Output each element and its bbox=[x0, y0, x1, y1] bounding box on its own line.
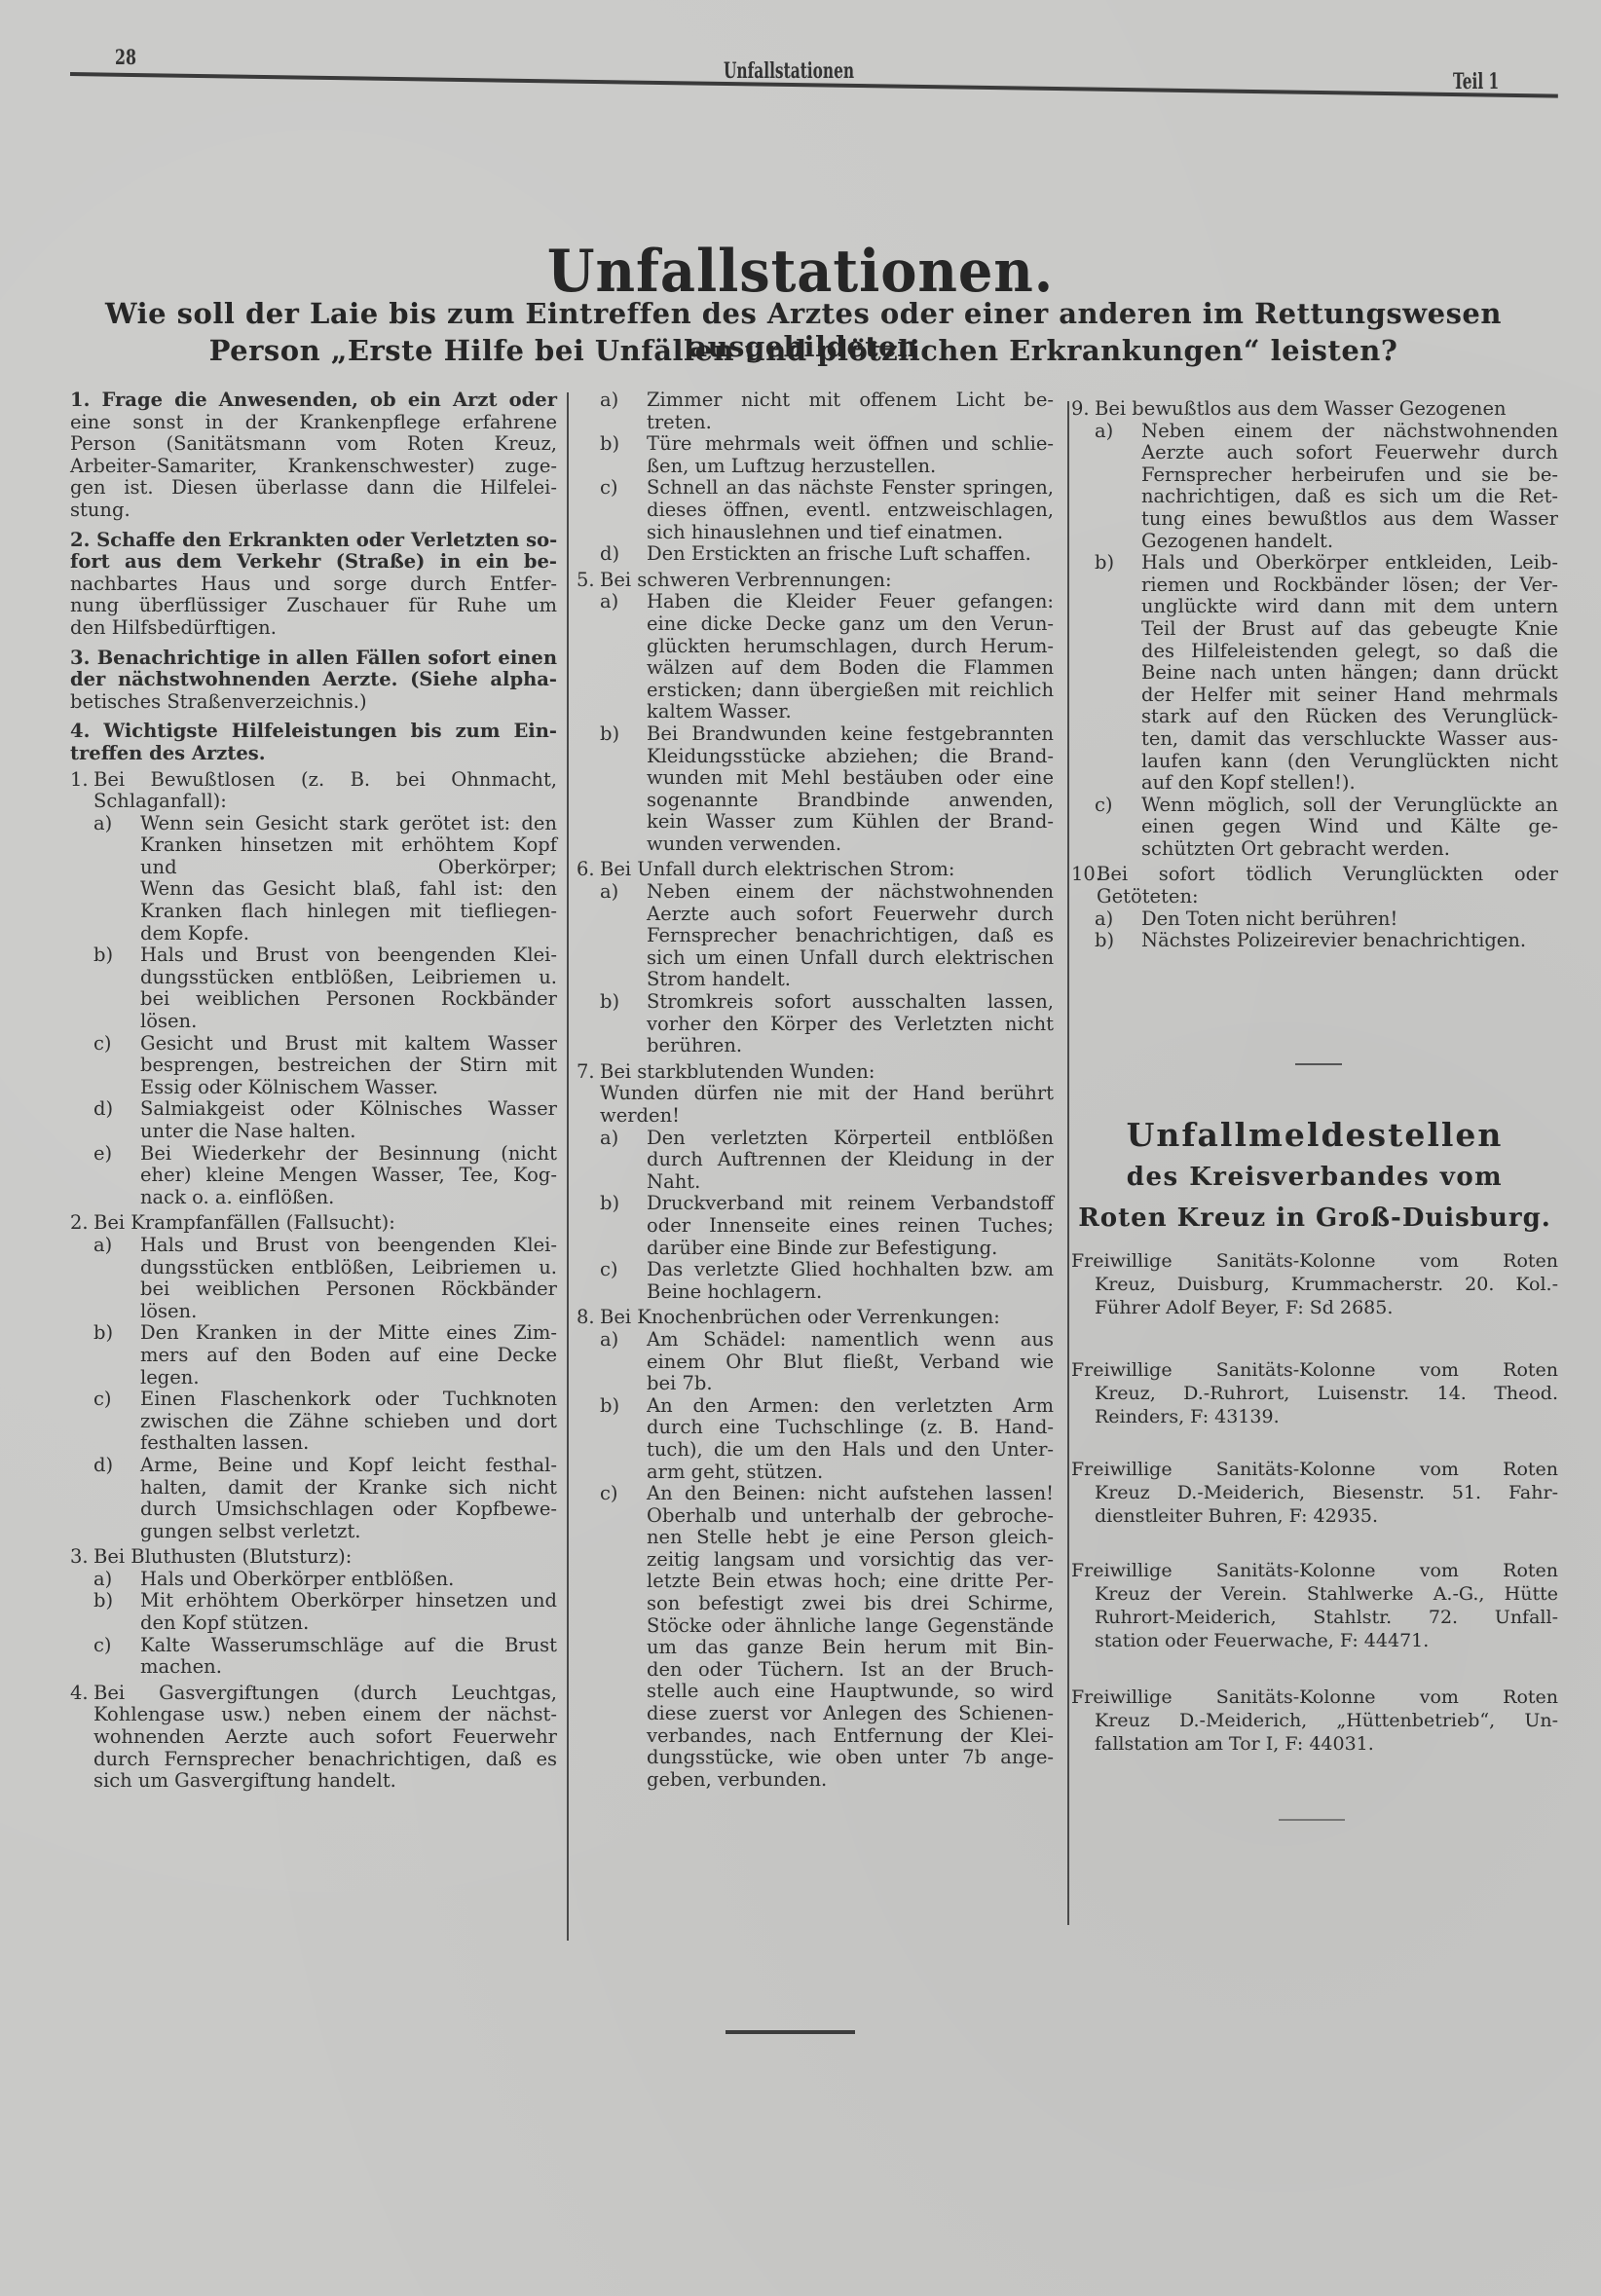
text-line: Aerzte auch sofort Feuerwehr durch bbox=[647, 904, 1054, 926]
text-line: unglückte wird dann mit dem untern bbox=[1141, 596, 1558, 618]
text-line: treten. bbox=[647, 412, 1054, 434]
sub-item: c)Wenn möglich, soll der Verunglückte an… bbox=[1071, 795, 1558, 861]
text-line: besprengen, bestreichen der Stirn mit bbox=[140, 1055, 557, 1077]
text-line: Freiwillige Sanitäts-Kolonne vom Roten bbox=[1071, 1249, 1558, 1273]
list-marker: a) bbox=[93, 1235, 112, 1257]
text-line: treffen des Arztes. bbox=[70, 743, 557, 765]
list-marker: b) bbox=[93, 944, 113, 967]
text-line: 1. Frage die Anwesenden, ob ein Arzt ode… bbox=[70, 389, 557, 412]
list-marker: d) bbox=[93, 1098, 113, 1121]
text-line: Fernsprecher herbeirufen und sie be- bbox=[1141, 464, 1558, 487]
text-line: Haben die Kleider Feuer gefangen: bbox=[647, 591, 1054, 613]
text-line: den oder Tüchern. Ist an der Bruch- bbox=[647, 1659, 1054, 1682]
section-divider bbox=[1295, 1063, 1342, 1065]
reporting-station-entry: Freiwillige Sanitäts-Kolonne vom RotenKr… bbox=[1071, 1559, 1558, 1652]
text-line: sich um Gasvergiftung handelt. bbox=[93, 1770, 557, 1793]
text-line: Hals und Brust von beengenden Klei- bbox=[140, 944, 557, 967]
list-marker: 7. bbox=[577, 1061, 595, 1084]
column-divider-1 bbox=[567, 392, 569, 1941]
text-line: son befestigt zwei bis drei Schirme, bbox=[647, 1593, 1054, 1615]
list-marker: a) bbox=[93, 1569, 112, 1591]
text-line: zeitig langsam und vorsichtig das ver- bbox=[647, 1549, 1054, 1572]
list-marker: d) bbox=[93, 1455, 113, 1477]
text-line: Kreuz D.-Meiderich, „Hüttenbetrieb“, Un- bbox=[1071, 1709, 1558, 1732]
list-marker: a) bbox=[93, 813, 112, 835]
text-line: Den Erstickten an frische Luft schaffen. bbox=[647, 543, 1054, 566]
sub-item: b)Hals und Brust von beengenden Klei-dun… bbox=[70, 944, 557, 1032]
list-marker: 5. bbox=[577, 570, 595, 592]
text-line: Ruhrort-Meiderich, Stahlstr. 72. Unfall- bbox=[1071, 1606, 1558, 1629]
text-line: legen. bbox=[140, 1367, 557, 1389]
text-line: Kreuz, Duisburg, Krummacherstr. 20. Kol.… bbox=[1071, 1273, 1558, 1296]
end-divider-bottom bbox=[726, 2030, 855, 2034]
text-line: nachbartes Haus und sorge durch Entfer- bbox=[70, 574, 557, 596]
sub-item: c)Schnell an das nächste Fenster springe… bbox=[577, 477, 1054, 543]
numbered-item: 4.Bei Gasvergiftungen (durch Leuchtgas,K… bbox=[70, 1683, 557, 1793]
text-line: sich hinauslehnen und tief einatmen. bbox=[647, 522, 1054, 544]
list-marker: 9. bbox=[1071, 398, 1090, 421]
text-line: Wunden dürfen nie mit der Hand berührt bbox=[600, 1083, 1054, 1105]
text-line: stelle auch eine Hauptwunde, so wird bbox=[647, 1681, 1054, 1703]
sub-item: a)Zimmer nicht mit offenem Licht be-tret… bbox=[577, 389, 1054, 433]
text-line: nung überflüssiger Zuschauer für Ruhe um bbox=[70, 595, 557, 617]
text-line: Hals und Oberkörper entkleiden, Leib- bbox=[1141, 552, 1558, 574]
sub-item: b)Hals und Oberkörper entkleiden, Leib-r… bbox=[1071, 552, 1558, 795]
text-line: Kreuz, D.-Ruhrort, Luisenstr. 14. Theod. bbox=[1071, 1382, 1558, 1405]
text-line: 3. Benachrichtige in allen Fällen sofort… bbox=[70, 648, 557, 670]
list-marker: a) bbox=[600, 1329, 618, 1352]
text-line: Wenn möglich, soll der Verunglückte an bbox=[1141, 795, 1558, 817]
list-marker: b) bbox=[93, 1590, 113, 1612]
text-line: oder Innenseite eines reinen Tuches; bbox=[647, 1215, 1054, 1238]
text-line: Kranken flach hinlegen mit tiefliegen- bbox=[140, 901, 557, 923]
reporting-station-entry: Freiwillige Sanitäts-Kolonne vom RotenKr… bbox=[1071, 1358, 1558, 1428]
text-line: Stromkreis sofort ausschalten lassen, bbox=[647, 991, 1054, 1014]
text-line: betisches Straßenverzeichnis.) bbox=[70, 691, 557, 714]
column-divider-2 bbox=[1067, 401, 1069, 1925]
text-line: Führer Adolf Beyer, F: Sd 2685. bbox=[1071, 1296, 1558, 1319]
sub-item: c)An den Beinen: nicht aufstehen lassen!… bbox=[577, 1483, 1054, 1791]
text-line: Am Schädel: namentlich wenn aus bbox=[647, 1329, 1054, 1352]
text-line: Person (Sanitätsmann vom Roten Kreuz, bbox=[70, 433, 557, 456]
text-line: durch Fernsprecher benachrichtigen, daß … bbox=[93, 1749, 557, 1771]
text-line: bei 7b. bbox=[647, 1373, 1054, 1395]
text-line: laufen kann (den Verunglückten nicht bbox=[1141, 751, 1558, 773]
list-marker: b) bbox=[600, 723, 619, 746]
text-line: Essig oder Kölnischem Wasser. bbox=[140, 1077, 557, 1099]
text-line: halten, damit der Kranke sich nicht bbox=[140, 1477, 557, 1500]
text-line: Bei Brandwunden keine festgebrannten bbox=[647, 723, 1054, 746]
text-line: Bei Knochenbrüchen oder Verrenkungen: bbox=[600, 1307, 1054, 1329]
text-line: mers auf den Boden auf eine Decke bbox=[140, 1345, 557, 1367]
numbered-item: 7.Bei starkblutenden Wunden: bbox=[577, 1061, 1054, 1084]
text-line: kaltem Wasser. bbox=[647, 701, 1054, 723]
text-line: Schlaganfall): bbox=[93, 791, 557, 813]
text-line: tung eines bewußtlos aus dem Wasser bbox=[1141, 508, 1558, 531]
list-marker: 3. bbox=[70, 1546, 89, 1569]
list-marker: 2. bbox=[70, 1212, 89, 1235]
text-line: Das verletzte Glied hochhalten bzw. am bbox=[647, 1259, 1054, 1281]
reporting-station-entry: Freiwillige Sanitäts-Kolonne vom RotenKr… bbox=[1071, 1685, 1558, 1756]
text-line: berühren. bbox=[647, 1035, 1054, 1057]
text-line: wunden mit Mehl bestäuben oder eine bbox=[647, 767, 1054, 790]
text-line: Den Toten nicht berühren! bbox=[1141, 908, 1558, 931]
list-marker: 10. bbox=[1071, 864, 1101, 886]
text-line: Den Kranken in der Mitte eines Zim- bbox=[140, 1322, 557, 1345]
text-line: Beine hochlagern. bbox=[647, 1281, 1054, 1304]
list-marker: c) bbox=[93, 1033, 112, 1055]
text-line: lösen. bbox=[140, 1301, 557, 1323]
text-line: nachrichtigen, daß es sich um die Ret- bbox=[1141, 486, 1558, 508]
text-line: bei weiblichen Personen Röckbänder bbox=[140, 1278, 557, 1301]
numbered-item: 5.Bei schweren Verbrennungen: bbox=[577, 570, 1054, 592]
numbered-item: 9.Bei bewußtlos aus dem Wasser Gezogenen bbox=[1071, 398, 1558, 421]
text-line: Stöcke oder ähnliche lange Gegenstände bbox=[647, 1615, 1054, 1638]
text-line: Freiwillige Sanitäts-Kolonne vom Roten bbox=[1071, 1559, 1558, 1582]
text-line: bei weiblichen Personen Rockbänder bbox=[140, 988, 557, 1011]
text-line: wälzen auf dem Boden die Flammen bbox=[647, 657, 1054, 680]
text-line: letzte Bein etwas hoch; eine dritte Per- bbox=[647, 1571, 1054, 1593]
reporting-stations-subtitle-1: des Kreisverbandes vom bbox=[1071, 1163, 1558, 1192]
text-line: Naht. bbox=[647, 1171, 1054, 1194]
text-line: ßen, um Luftzug herzustellen. bbox=[647, 456, 1054, 478]
text-line: vorher den Körper des Verletzten nicht bbox=[647, 1014, 1054, 1036]
part-label: Teil 1 bbox=[1453, 69, 1499, 94]
text-line: Nächstes Polizeirevier benachrichtigen. bbox=[1141, 930, 1558, 952]
text-line: Bei sofort tödlich Verunglückten oder bbox=[1097, 864, 1558, 886]
text-line: sich um einen Unfall durch elektrischen bbox=[647, 947, 1054, 970]
text-line: Hals und Brust von beengenden Klei- bbox=[140, 1235, 557, 1257]
text-line: festhalten lassen. bbox=[140, 1432, 557, 1455]
text-line: durch eine Tuchschlinge (z. B. Hand- bbox=[647, 1417, 1054, 1439]
left-column: 1. Frage die Anwesenden, ob ein Arzt ode… bbox=[70, 389, 557, 1793]
text-line: Oberhalb und unterhalb der gebroche- bbox=[647, 1505, 1054, 1528]
text-line: Bei Gasvergiftungen (durch Leuchtgas, bbox=[93, 1683, 557, 1705]
list-marker: c) bbox=[600, 1483, 618, 1505]
sub-item: b)Stromkreis sofort ausschalten lassen,v… bbox=[577, 991, 1054, 1057]
text-line: Kreuz der Verein. Stahlwerke A.-G., Hütt… bbox=[1071, 1582, 1558, 1606]
text-line: Wenn das Gesicht blaß, fahl ist: den bbox=[140, 878, 557, 901]
text-line: und Oberkörper; bbox=[140, 857, 557, 879]
list-marker: a) bbox=[1095, 908, 1113, 931]
list-marker: d) bbox=[600, 543, 619, 566]
reporting-stations-title: Unfallmeldestellen bbox=[1071, 1116, 1558, 1154]
list-marker: 1. bbox=[70, 769, 89, 792]
numbered-item: 3.Bei Bluthusten (Blutsturz): bbox=[70, 1546, 557, 1569]
text-line: Bei starkblutenden Wunden: bbox=[600, 1061, 1054, 1084]
text-line: Kranken hinsetzen mit erhöhtem Kopf bbox=[140, 834, 557, 857]
text-line: dungsstücken entblößen, Leibriemen u. bbox=[140, 967, 557, 989]
text-line: 2. Schaffe den Erkrankten oder Verletzte… bbox=[70, 530, 557, 552]
text-line: Fernsprecher benachrichtigen, daß es bbox=[647, 925, 1054, 947]
text-line: stark auf den Rücken des Verunglück- bbox=[1141, 706, 1558, 728]
text-line: stung. bbox=[70, 500, 557, 522]
text-line: durch Umsichschlagen oder Kopfbewe- bbox=[140, 1499, 557, 1521]
text-line: geben, verbunden. bbox=[647, 1769, 1054, 1792]
text-line: gen ist. Diesen überlasse dann die Hilfe… bbox=[70, 477, 557, 500]
list-marker: 8. bbox=[577, 1307, 595, 1329]
text-line: station oder Feuerwache, F: 44471. bbox=[1071, 1629, 1558, 1652]
text-line: nack o. a. einflößen. bbox=[140, 1187, 557, 1209]
list-marker: c) bbox=[93, 1635, 112, 1657]
text-line: einen gegen Wind und Kälte ge- bbox=[1141, 816, 1558, 838]
sub-item: b)Druckverband mit reinem Verbandstoffod… bbox=[577, 1193, 1054, 1259]
text-line: Bei Bluthusten (Blutsturz): bbox=[93, 1546, 557, 1569]
text-line: Einen Flaschenkork oder Tuchknoten bbox=[140, 1389, 557, 1411]
text-line: Beine nach unten hängen; dann drückt bbox=[1141, 662, 1558, 685]
text-line: einem Ohr Blut fließt, Verband wie bbox=[647, 1352, 1054, 1374]
numbered-item: 10.Bei sofort tödlich Verunglückten oder… bbox=[1071, 864, 1558, 907]
text-line: Bei Krampfanfällen (Fallsucht): bbox=[93, 1212, 557, 1235]
text-line: riemen und Rockbänder lösen; der Ver- bbox=[1141, 574, 1558, 597]
text-line: Arme, Beine und Kopf leicht festhal- bbox=[140, 1455, 557, 1477]
list-marker: a) bbox=[600, 591, 618, 613]
text-line: dungsstücke, wie oben unter 7b ange- bbox=[647, 1747, 1054, 1769]
text-line: den Hilfsbedürftigen. bbox=[70, 617, 557, 640]
sub-item: d)Salmiakgeist oder Kölnisches Wasserunt… bbox=[70, 1098, 557, 1142]
right-column: 9.Bei bewußtlos aus dem Wasser Gezogenen… bbox=[1071, 394, 1558, 952]
text-line: eine sonst in der Krankenpflege erfahren… bbox=[70, 412, 557, 434]
text-line: der nächstwohnenden Aerzte. (Siehe alpha… bbox=[70, 669, 557, 691]
text-line: An den Armen: den verletzten Arm bbox=[647, 1395, 1054, 1418]
list-marker: a) bbox=[600, 389, 618, 412]
text-line: Freiwillige Sanitäts-Kolonne vom Roten bbox=[1071, 1685, 1558, 1709]
list-marker: b) bbox=[1095, 930, 1114, 952]
list-marker: a) bbox=[600, 1128, 618, 1150]
sub-item: b)Türe mehrmals weit öffnen und schlie-ß… bbox=[577, 433, 1054, 477]
text-line: arm geht, stützen. bbox=[647, 1462, 1054, 1484]
text-line: Wenn sein Gesicht stark gerötet ist: den bbox=[140, 813, 557, 835]
text-line: Getöteten: bbox=[1097, 886, 1558, 908]
text-line: nen Stelle hebt je eine Person gleich- bbox=[647, 1527, 1054, 1549]
text-line: kein Wasser zum Kühlen der Brand- bbox=[647, 811, 1054, 833]
text-line: Bei Bewußtlosen (z. B. bei Ohnmacht, bbox=[93, 769, 557, 792]
list-marker: b) bbox=[1095, 552, 1114, 574]
list-marker: c) bbox=[93, 1389, 112, 1411]
sub-item: a)Neben einem der nächstwohnendenAerzte … bbox=[577, 881, 1054, 991]
text-line: machen. bbox=[140, 1656, 557, 1679]
text-line: werden! bbox=[600, 1105, 1054, 1128]
page-title: Unfallstationen. bbox=[56, 238, 1545, 306]
list-marker: c) bbox=[600, 477, 618, 500]
reporting-stations-subtitle-2: Roten Kreuz in Groß-Duisburg. bbox=[1071, 1204, 1558, 1233]
text-line: Türe mehrmals weit öffnen und schlie- bbox=[647, 433, 1054, 456]
text-line: gungen selbst verletzt. bbox=[140, 1521, 557, 1543]
text-line: glückten herumschlagen, durch Herum- bbox=[647, 636, 1054, 658]
text-line: Reinders, F: 43139. bbox=[1071, 1405, 1558, 1428]
sub-item: a)Am Schädel: namentlich wenn auseinem O… bbox=[577, 1329, 1054, 1395]
sub-item: b)Mit erhöhtem Oberkörper hinsetzen undd… bbox=[70, 1590, 557, 1634]
text-line: um das ganze Bein herum mit Bin- bbox=[647, 1637, 1054, 1659]
list-marker: b) bbox=[600, 1395, 619, 1418]
intro-paragraph: 3. Benachrichtige in allen Fällen sofort… bbox=[70, 648, 557, 714]
text-line: zwischen die Zähne schieben und dort bbox=[140, 1411, 557, 1433]
list-marker: a) bbox=[600, 881, 618, 904]
text-line: Mit erhöhtem Oberkörper hinsetzen und bbox=[140, 1590, 557, 1612]
sub-item: d)Den Erstickten an frische Luft schaffe… bbox=[577, 543, 1054, 566]
middle-column: a)Zimmer nicht mit offenem Licht be-tret… bbox=[577, 389, 1054, 1791]
sub-item: a)Haben die Kleider Feuer gefangen:eine … bbox=[577, 591, 1054, 723]
text-line: Neben einem der nächstwohnenden bbox=[647, 881, 1054, 904]
text-line: 4. Wichtigste Hilfeleistungen bis zum Ei… bbox=[70, 721, 557, 743]
text-line: Arbeiter-Samariter, Krankenschwester) zu… bbox=[70, 456, 557, 478]
text-line: lösen. bbox=[140, 1011, 557, 1033]
text-line: dem Kopfe. bbox=[140, 923, 557, 945]
page-number: 28 bbox=[115, 45, 136, 69]
sub-item: a)Den verletzten Körperteil entblößendur… bbox=[577, 1128, 1054, 1194]
sub-item: b)Bei Brandwunden keine festgebranntenKl… bbox=[577, 723, 1054, 856]
list-marker: e) bbox=[93, 1143, 112, 1166]
text-line: ersticken; dann übergießen mit reichlich bbox=[647, 680, 1054, 702]
sub-item: d)Arme, Beine und Kopf leicht festhal-ha… bbox=[70, 1455, 557, 1542]
text-line: des Hilfeleistenden gelegt, so daß die bbox=[1141, 641, 1558, 663]
sub-item: c)Einen Flaschenkork oder Tuchknotenzwis… bbox=[70, 1389, 557, 1455]
reporting-station-entry: Freiwillige Sanitäts-Kolonne vom RotenKr… bbox=[1071, 1249, 1558, 1319]
item-note: Wunden dürfen nie mit der Hand berührtwe… bbox=[577, 1083, 1054, 1127]
text-line: Hals und Oberkörper entblößen. bbox=[140, 1569, 557, 1591]
text-line: durch Auftrennen der Kleidung in der bbox=[647, 1149, 1054, 1171]
text-line: Gesicht und Brust mit kaltem Wasser bbox=[140, 1033, 557, 1055]
text-line: Teil der Brust auf das gebeugte Knie bbox=[1141, 618, 1558, 641]
intro-paragraph: 2. Schaffe den Erkrankten oder Verletzte… bbox=[70, 530, 557, 640]
text-line: Bei Unfall durch elektrischen Strom: bbox=[600, 859, 1054, 881]
sub-item: b)An den Armen: den verletzten Armdurch … bbox=[577, 1395, 1054, 1483]
text-line: darüber eine Binde zur Befestigung. bbox=[647, 1238, 1054, 1260]
text-line: Aerzte auch sofort Feuerwehr durch bbox=[1141, 442, 1558, 464]
sub-item: a)Neben einem der nächstwohnendenAerzte … bbox=[1071, 421, 1558, 553]
text-line: fallstation am Tor I, F: 44031. bbox=[1071, 1732, 1558, 1756]
text-line: wohnenden Aerzte auch sofort Feuerwehr bbox=[93, 1726, 557, 1749]
text-line: sogenannte Brandbinde anwenden, bbox=[647, 790, 1054, 812]
reporting-station-entry: Freiwillige Sanitäts-Kolonne vom RotenKr… bbox=[1071, 1458, 1558, 1528]
text-line: Schnell an das nächste Fenster springen, bbox=[647, 477, 1054, 500]
text-line: fort aus dem Verkehr (Straße) in ein be- bbox=[70, 551, 557, 574]
text-line: Kreuz D.-Meiderich, Biesenstr. 51. Fahr- bbox=[1071, 1481, 1558, 1504]
text-line: Zimmer nicht mit offenem Licht be- bbox=[647, 389, 1054, 412]
text-line: den Kopf stützen. bbox=[140, 1612, 557, 1635]
text-line: unter die Nase halten. bbox=[140, 1121, 557, 1143]
sub-item: c)Kalte Wasserumschläge auf die Brustmac… bbox=[70, 1635, 557, 1679]
text-line: schützten Ort gebracht werden. bbox=[1141, 838, 1558, 861]
intro-paragraph: 1. Frage die Anwesenden, ob ein Arzt ode… bbox=[70, 389, 557, 522]
text-line: dieses öffnen, eventl. entzweischlagen, bbox=[647, 500, 1054, 522]
list-marker: b) bbox=[600, 991, 619, 1014]
sub-item: a)Wenn sein Gesicht stark gerötet ist: d… bbox=[70, 813, 557, 945]
text-line: tuch), die um den Hals und den Unter- bbox=[647, 1439, 1054, 1462]
running-title: Unfallstationen bbox=[724, 58, 854, 84]
text-line: Neben einem der nächstwohnenden bbox=[1141, 421, 1558, 443]
numbered-item: 6.Bei Unfall durch elektrischen Strom: bbox=[577, 859, 1054, 881]
text-line: verbandes, nach Entfernung der Klei- bbox=[647, 1725, 1054, 1748]
list-marker: a) bbox=[1095, 421, 1113, 443]
text-line: Gezogenen handelt. bbox=[1141, 531, 1558, 553]
text-line: diese zuerst vor Anlegen des Schienen- bbox=[647, 1703, 1054, 1725]
list-marker: b) bbox=[600, 433, 619, 456]
text-line: ten, damit das verschluckte Wasser aus- bbox=[1141, 728, 1558, 751]
list-marker: b) bbox=[93, 1322, 113, 1345]
list-marker: 4. bbox=[70, 1683, 89, 1705]
sub-item: e)Bei Wiederkehr der Besinnung (nichtehe… bbox=[70, 1143, 557, 1209]
numbered-item: 2.Bei Krampfanfällen (Fallsucht): bbox=[70, 1212, 557, 1235]
text-line: Bei Wiederkehr der Besinnung (nicht bbox=[140, 1143, 557, 1166]
numbered-item: 8.Bei Knochenbrüchen oder Verrenkungen: bbox=[577, 1307, 1054, 1329]
text-line: dungsstücken entblößen, Leibriemen u. bbox=[140, 1257, 557, 1279]
intro-paragraph: 4. Wichtigste Hilfeleistungen bis zum Ei… bbox=[70, 721, 557, 764]
sub-item: a)Hals und Brust von beengenden Klei-dun… bbox=[70, 1235, 557, 1322]
text-line: eine dicke Decke ganz um den Verun- bbox=[647, 613, 1054, 636]
list-marker: c) bbox=[1095, 795, 1113, 817]
list-marker: 6. bbox=[577, 859, 595, 881]
text-line: Strom handelt. bbox=[647, 969, 1054, 991]
numbered-item: 1.Bei Bewußtlosen (z. B. bei Ohnmacht,Sc… bbox=[70, 769, 557, 813]
text-line: eher) kleine Mengen Wasser, Tee, Kog- bbox=[140, 1165, 557, 1187]
text-line: Druckverband mit reinem Verbandstoff bbox=[647, 1193, 1054, 1215]
text-line: Freiwillige Sanitäts-Kolonne vom Roten bbox=[1071, 1458, 1558, 1481]
text-line: wunden verwenden. bbox=[647, 833, 1054, 856]
sub-item: a)Hals und Oberkörper entblößen. bbox=[70, 1569, 557, 1591]
subtitle-line-2: Person „Erste Hilfe bei Unfällen und plö… bbox=[58, 334, 1548, 367]
sub-item: c)Das verletzte Glied hochhalten bzw. am… bbox=[577, 1259, 1054, 1303]
text-line: dienstleiter Buhren, F: 42935. bbox=[1071, 1504, 1558, 1528]
text-line: der Helfer mit seiner Hand mehrmals bbox=[1141, 685, 1558, 707]
text-line: Kalte Wasserumschläge auf die Brust bbox=[140, 1635, 557, 1657]
text-line: Bei schweren Verbrennungen: bbox=[600, 570, 1054, 592]
end-divider-right bbox=[1279, 1819, 1345, 1821]
list-marker: c) bbox=[600, 1259, 618, 1281]
text-line: auf den Kopf stellen!). bbox=[1141, 772, 1558, 795]
sub-item: b)Den Kranken in der Mitte eines Zim-mer… bbox=[70, 1322, 557, 1389]
text-line: An den Beinen: nicht aufstehen lassen! bbox=[647, 1483, 1054, 1505]
sub-item: c)Gesicht und Brust mit kaltem Wasserbes… bbox=[70, 1033, 557, 1099]
text-line: Salmiakgeist oder Kölnisches Wasser bbox=[140, 1098, 557, 1121]
text-line: Freiwillige Sanitäts-Kolonne vom Roten bbox=[1071, 1358, 1558, 1382]
text-line: Bei bewußtlos aus dem Wasser Gezogenen bbox=[1095, 398, 1558, 421]
text-line: Kleidungsstücke abziehen; die Brand- bbox=[647, 746, 1054, 768]
sub-item: b)Nächstes Polizeirevier benachrichtigen… bbox=[1071, 930, 1558, 952]
sub-item: a)Den Toten nicht berühren! bbox=[1071, 908, 1558, 931]
text-line: Den verletzten Körperteil entblößen bbox=[647, 1128, 1054, 1150]
text-line: Kohlengase usw.) neben einem der nächst- bbox=[93, 1704, 557, 1726]
list-marker: b) bbox=[600, 1193, 619, 1215]
